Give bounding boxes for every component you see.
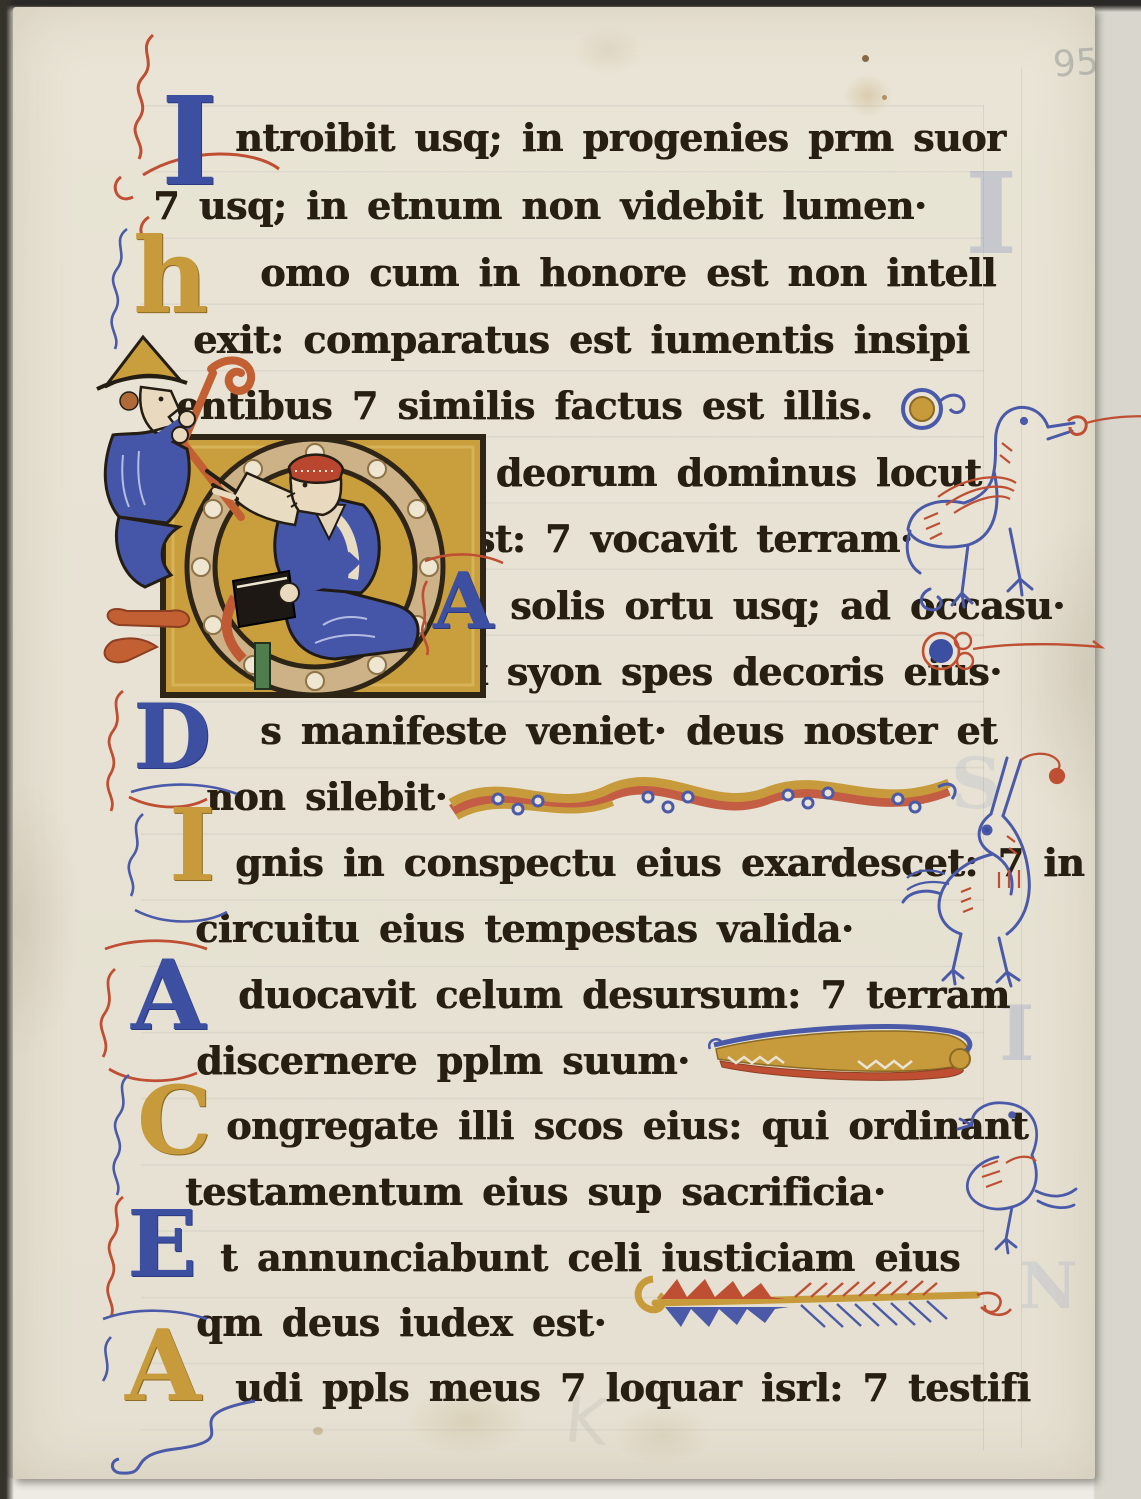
decorated-initial-a: A [131,953,205,1039]
marginal-bird-preening [948,1093,1108,1258]
decorated-initial-a: A [433,567,494,637]
folio-number: 95 [1052,41,1101,85]
marginal-bird-pelican [895,742,1105,992]
text-line: testamentum eius sup sacrificia· [185,1173,885,1211]
decorated-initial-h: h [133,229,209,323]
ink-speck [882,95,887,100]
stain-spot [313,1427,323,1435]
ghost-letter: N [1019,1249,1078,1324]
text-line: non silebit· [206,778,447,816]
text-line: ongregate illi scos eius: qui ordinant [226,1107,1028,1145]
text-line: est: 7 vocavit terram· [450,520,912,558]
line-filler-vine [443,759,963,839]
text-line: omo cum in honore est non intell [260,254,996,292]
line-filler-feather [625,1259,1025,1359]
text-line: s manifeste veniet· deus noster et [260,712,997,750]
text-line: udi ppls meus 7 loquar isrl: 7 testifi [235,1369,1030,1407]
ink-speck [862,55,869,62]
penwork-descender [105,1395,285,1485]
decorated-initial-e: E [127,1203,197,1286]
decorated-initial-c: C [137,1079,212,1164]
text-line: qm deus iudex est· [196,1304,606,1342]
text-line: circuitu eius tempestas valida· [195,910,853,948]
text-line: ntroibit usq; in progenies prm suor [235,119,1005,157]
decorated-initial-d: D [133,697,211,778]
text-line: duocavit celum desursum: 7 terram [238,976,1009,1014]
line-filler-leaf [708,1015,988,1085]
decorated-initial-i: I [169,800,216,890]
marginal-bird-heron [898,379,1141,669]
text-line: discernere pplm suum· [196,1042,690,1080]
manuscript-leaf: 95 K I S I N ntroibit usq; in progenies … [13,7,1095,1479]
photo-background: 95 K I S I N ntroibit usq; in progenies … [0,0,1141,1499]
text-line: 7 usq; in etnum non videbit lumen· [153,187,926,225]
decorated-initial-i: I [161,87,218,197]
